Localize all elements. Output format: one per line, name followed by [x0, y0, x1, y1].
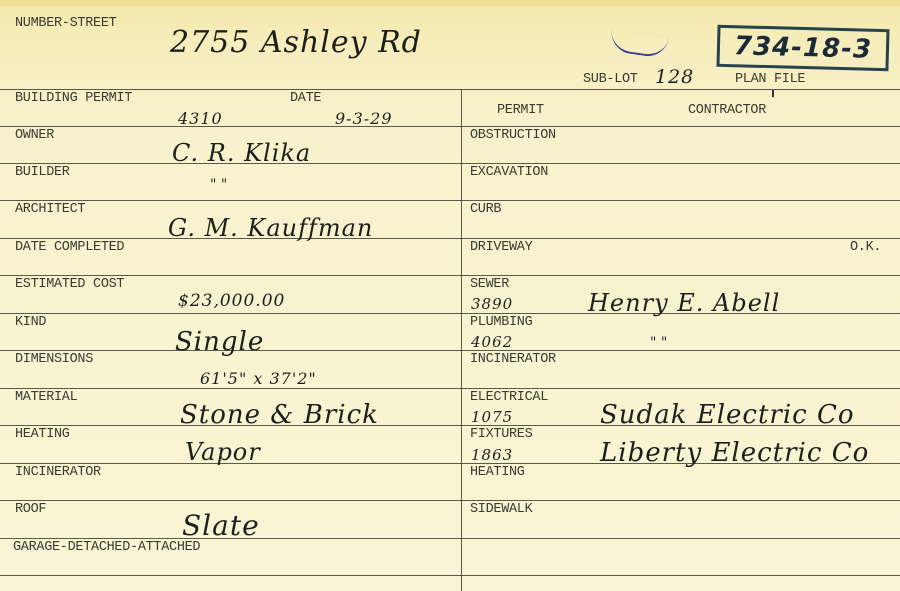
- roof-value: Slate: [182, 512, 260, 540]
- plumbing-contractor: " ": [650, 336, 667, 350]
- material-label: MATERIAL: [15, 391, 77, 405]
- sewer-label: SEWER: [470, 278, 509, 292]
- kind-value: Single: [175, 329, 264, 355]
- sewer-contractor: Henry E. Abell: [588, 291, 780, 315]
- rule-line: [0, 200, 900, 201]
- plan-file-stamp: 734-18-3: [716, 25, 889, 71]
- rule-line: [0, 163, 900, 164]
- fixtures-label: FIXTURES: [470, 428, 532, 442]
- column-divider: [461, 89, 462, 591]
- roof-label: ROOF: [15, 503, 46, 517]
- incinerator-label: INCINERATOR: [15, 466, 101, 480]
- plumbing-permit-number: 4062: [471, 335, 513, 350]
- plan-file-label: PLAN FILE: [735, 73, 805, 87]
- sub-lot-label: SUB-LOT: [583, 73, 638, 87]
- date-value: 9-3-29: [335, 111, 393, 127]
- rule-line: [0, 538, 900, 539]
- heating-label: HEATING: [15, 428, 70, 442]
- electrical-permit-number: 1075: [471, 410, 513, 425]
- plumbing-label: PLUMBING: [470, 316, 532, 330]
- kind-label: KIND: [15, 316, 46, 330]
- dimensions-label: DIMENSIONS: [15, 353, 93, 367]
- material-value: Stone & Brick: [180, 402, 379, 428]
- rule-line: [0, 500, 900, 501]
- fixtures-permit-number: 1863: [471, 448, 513, 463]
- right-incinerator-label: INCINERATOR: [470, 353, 556, 367]
- dimensions-value: 61'5" x 37'2": [200, 371, 317, 387]
- estimated-cost-label: ESTIMATED COST: [15, 278, 124, 292]
- owner-value: C. R. Klika: [172, 141, 311, 165]
- rule-line: [0, 350, 900, 351]
- rule-line: [0, 126, 900, 127]
- driveway-note: O.K.: [850, 241, 881, 255]
- date-completed-label: DATE COMPLETED: [15, 241, 124, 255]
- electrical-label: ELECTRICAL: [470, 391, 548, 405]
- heating-value: Vapor: [185, 440, 261, 464]
- driveway-label: DRIVEWAY: [470, 241, 532, 255]
- building-permit-card: NUMBER-STREET 2755 Ashley Rd 734-18-3 SU…: [0, 0, 900, 591]
- number-street-value: 2755 Ashley Rd: [170, 28, 422, 58]
- sub-lot-value: 128: [655, 68, 694, 87]
- sewer-permit-number: 3890: [471, 297, 513, 312]
- obstruction-label: OBSTRUCTION: [470, 129, 556, 143]
- fixtures-contractor: Liberty Electric Co: [600, 440, 869, 466]
- architect-label: ARCHITECT: [15, 203, 85, 217]
- rule-line: [0, 388, 900, 389]
- builder-label: BUILDER: [15, 166, 70, 180]
- architect-value: G. M. Kauffman: [168, 216, 373, 240]
- number-street-label: NUMBER-STREET: [15, 17, 116, 31]
- estimated-cost-value: $23,000.00: [178, 293, 285, 310]
- excavation-label: EXCAVATION: [470, 166, 548, 180]
- right-heating-label: HEATING: [470, 466, 525, 480]
- building-permit-value: 4310: [178, 111, 223, 127]
- curb-label: CURB: [470, 203, 501, 217]
- sidewalk-label: SIDEWALK: [470, 503, 532, 517]
- owner-label: OWNER: [15, 129, 54, 143]
- date-label: DATE: [290, 92, 321, 106]
- contractor-column-header: CONTRACTOR: [688, 104, 766, 118]
- rule-line: [0, 89, 900, 90]
- rule-line: [0, 238, 900, 239]
- electrical-contractor: Sudak Electric Co: [600, 402, 855, 428]
- pen-mark: [609, 29, 669, 59]
- building-permit-label: BUILDING PERMIT: [15, 92, 132, 106]
- garage-label: GARAGE-DETACHED-ATTACHED: [13, 541, 200, 555]
- plan-file-number: 734-18-3: [734, 31, 873, 65]
- permit-column-header: PERMIT: [497, 104, 544, 118]
- builder-value: " ": [210, 178, 227, 192]
- rule-line: [0, 275, 900, 276]
- plan-file-tick: [772, 90, 774, 97]
- rule-line: [0, 575, 900, 576]
